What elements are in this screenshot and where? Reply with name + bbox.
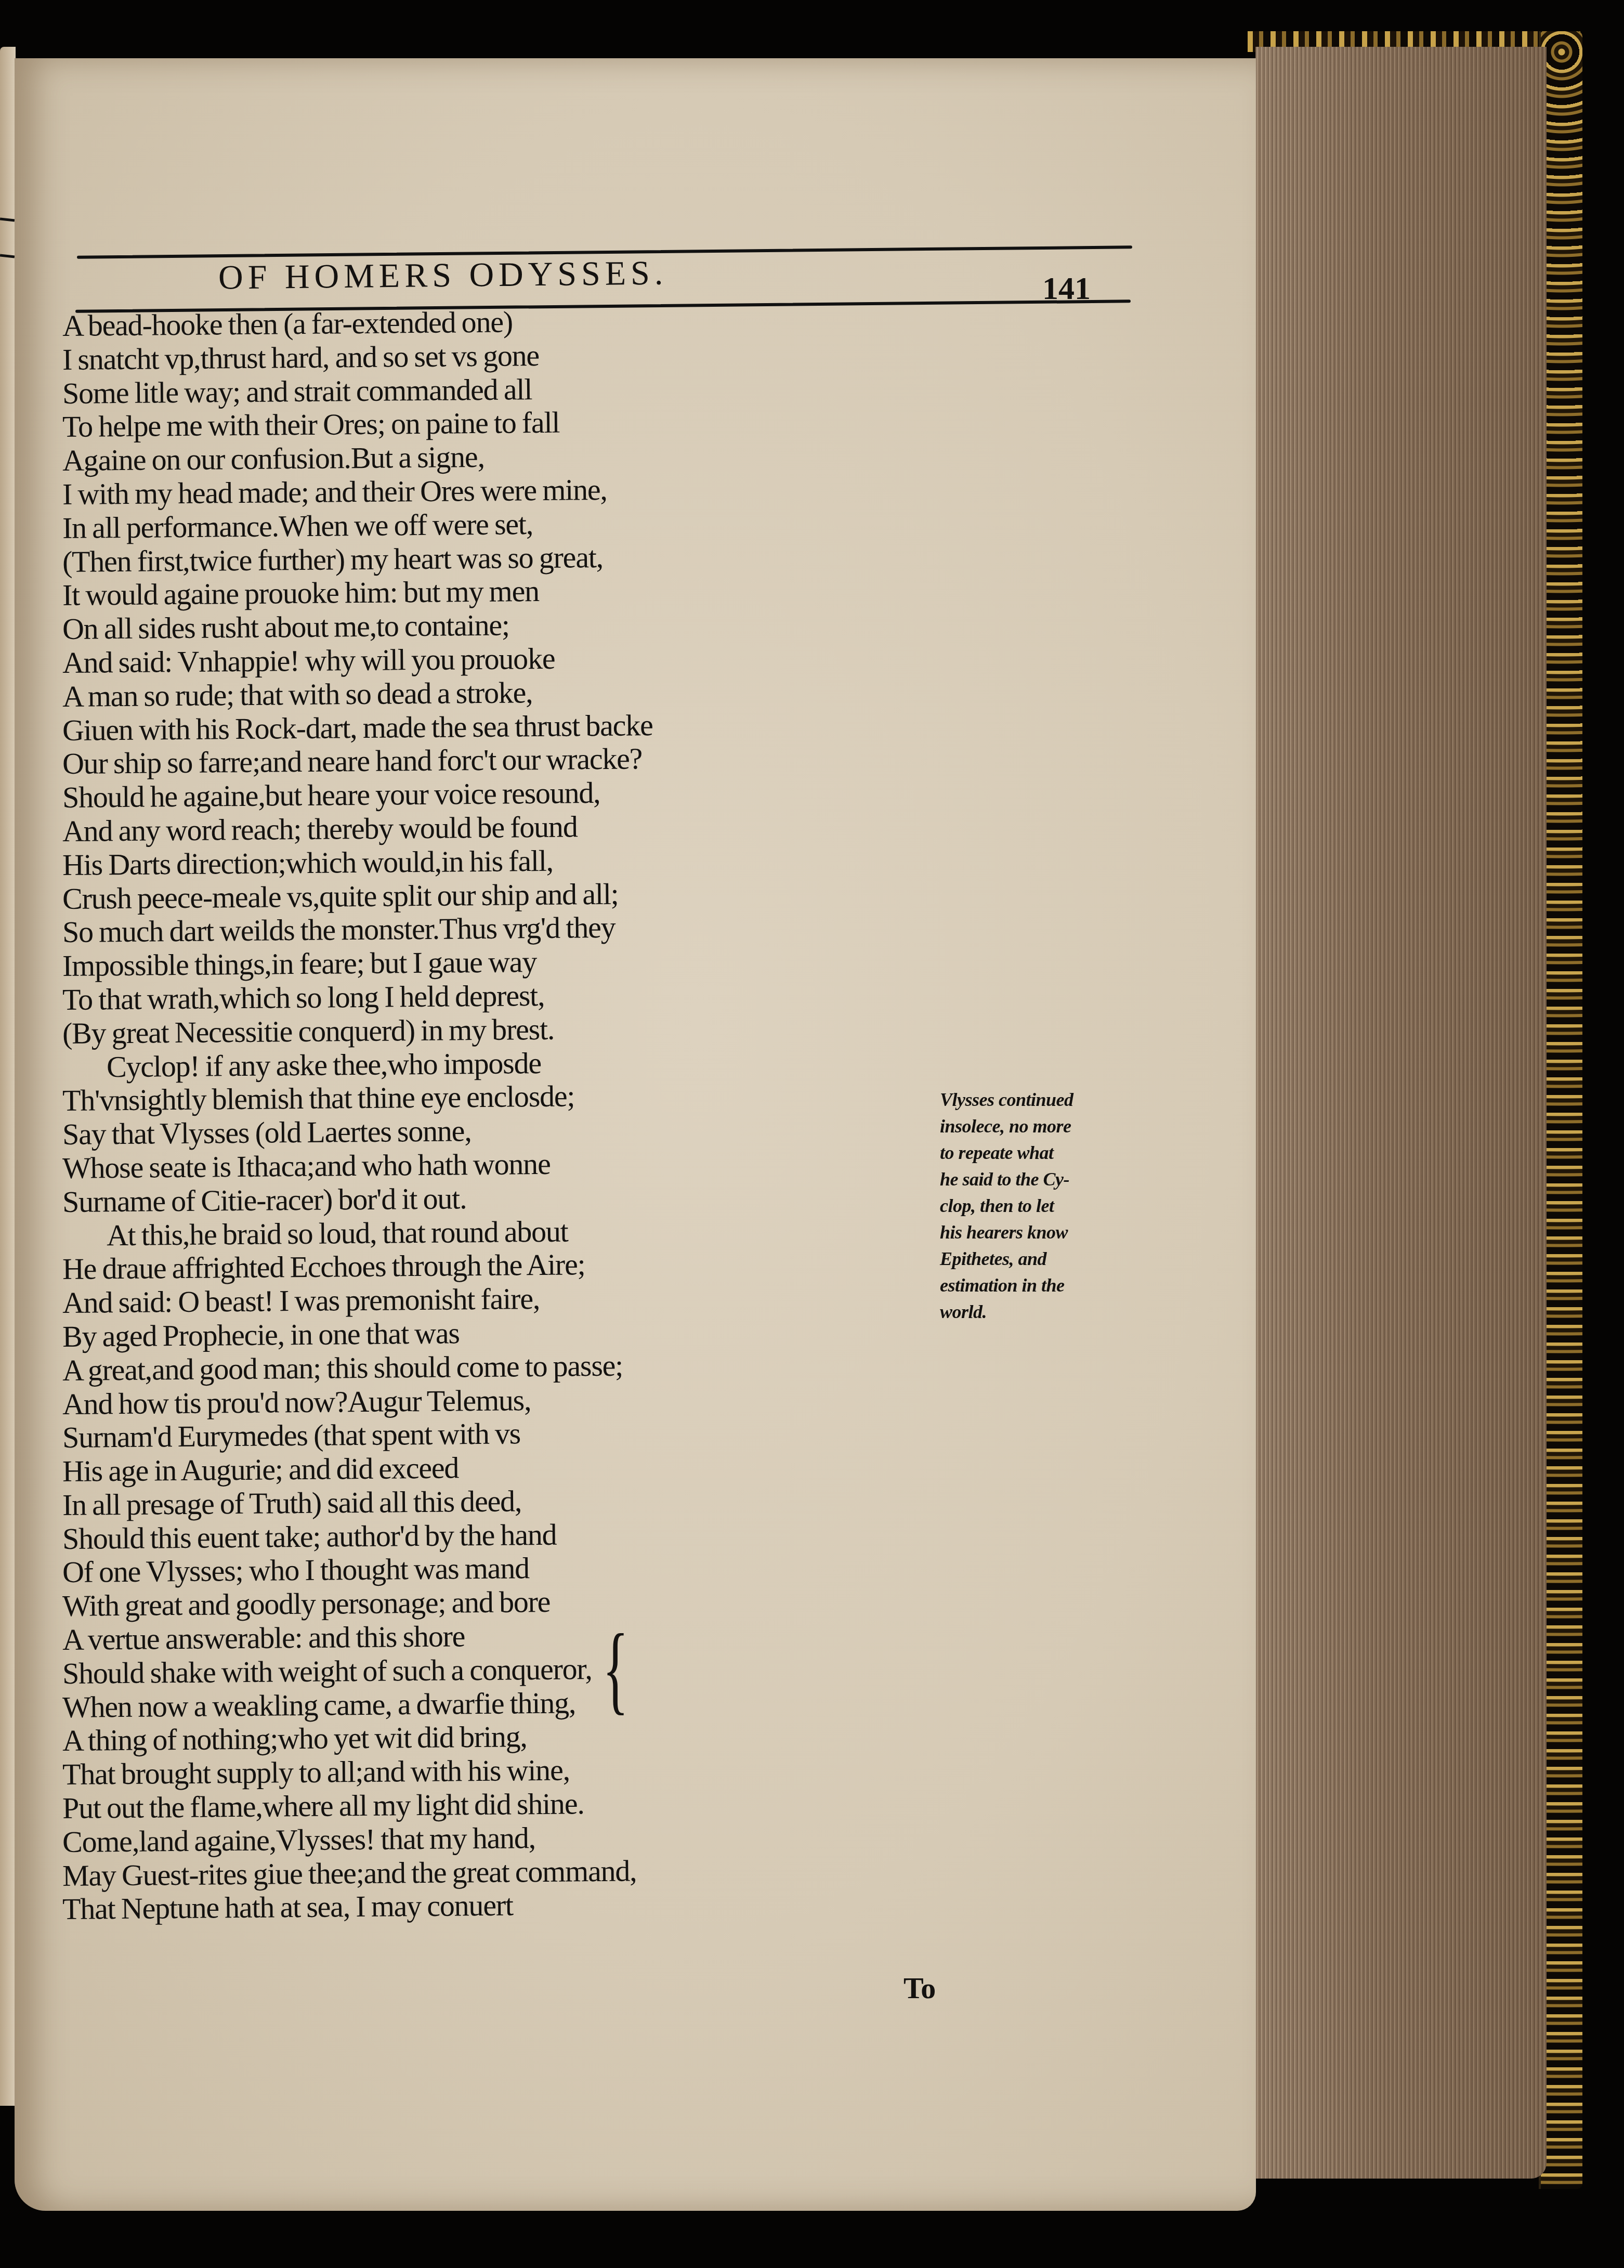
running-head: OF HOMERS ODYSSES. (218, 253, 668, 297)
page-number: 141 (1042, 270, 1091, 307)
marginal-note-line: world. (940, 1299, 1106, 1325)
page-edges (1255, 47, 1547, 2179)
verse-line: Whose seate is Ithaca;and who hath wonne (62, 1145, 801, 1185)
verse-line: A vertue answerable: and this shore (62, 1617, 801, 1657)
verse-line: Say that Vlysses (old Laertes sonne, (62, 1112, 801, 1152)
facing-page-rule (0, 218, 15, 222)
verse-line: (By great Necessitie conquerd) in my bre… (62, 1010, 801, 1050)
verse-line: Should he againe,but heare your voice re… (62, 775, 801, 815)
verse-line: Put out the flame,where all my light did… (62, 1785, 801, 1826)
brace-mark: { (603, 1622, 614, 1716)
verse-line: I with my head made; and their Ores were… (62, 472, 801, 512)
verse-line: Surname of Citie-racer) bor'd it out. (62, 1179, 801, 1219)
verse-line: I snatcht vp,thrust hard, and so set vs … (62, 336, 801, 376)
marginal-note-line: estimation in the (940, 1272, 1106, 1299)
marginal-note-line: Vlysses continued (940, 1087, 1106, 1113)
verse-line: Come,land againe,Vlysses! that my hand, (62, 1819, 801, 1859)
verse-line: And said: Vnhappie! why will you prouoke (62, 640, 801, 680)
verse-line: In all performance.When we off were set, (62, 505, 801, 545)
marginal-note-line: Epithetes, and (940, 1246, 1106, 1272)
marginal-note-line: insolece, no more (940, 1113, 1106, 1140)
verse-line: In all presage of Truth) said all this d… (62, 1482, 801, 1522)
marginal-note: Vlysses continuedinsolece, no moreto rep… (940, 1087, 1106, 1325)
verse-line: And said: O beast! I was premonisht fair… (62, 1280, 801, 1320)
marginal-note-line: he said to the Cy- (940, 1166, 1106, 1193)
verse-line: On all sides rusht about me,to containe; (62, 606, 801, 646)
verse-line: By aged Prophecie, in one that was (62, 1314, 801, 1354)
verse-line: Should shake with weight of such a conqu… (62, 1650, 801, 1690)
verse-line: A man so rude; that with so dead a strok… (62, 673, 801, 713)
facing-page-rule (0, 254, 15, 258)
verse-line: His age in Augurie; and did exceed (62, 1449, 801, 1489)
verse-line: That Neptune hath at sea, I may conuert (62, 1886, 801, 1926)
verse-line: Impossible things,in feare; but I gaue w… (62, 943, 801, 983)
verse-line: Againe on our confusion.But a signe, (62, 438, 801, 478)
verse-line: A bead-hooke then (a far-extended one) (62, 303, 801, 343)
marginal-note-line: to repeate what (940, 1140, 1106, 1166)
verse-line: A great,and good man; this should come t… (62, 1347, 801, 1387)
marginal-note-line: his hearers know (940, 1219, 1106, 1246)
marginal-note-line: clop, then to let (940, 1193, 1106, 1219)
verse-line: To that wrath,which so long I held depre… (62, 977, 801, 1017)
verse-text-block: A bead-hooke then (a far-extended one)I … (62, 309, 801, 1926)
catchword: To (903, 1971, 936, 2005)
verse-line: And any word reach; thereby would be fou… (62, 809, 801, 849)
verse-line: His Darts direction;which would,in his f… (62, 842, 801, 882)
facing-page-edge (0, 47, 16, 2106)
